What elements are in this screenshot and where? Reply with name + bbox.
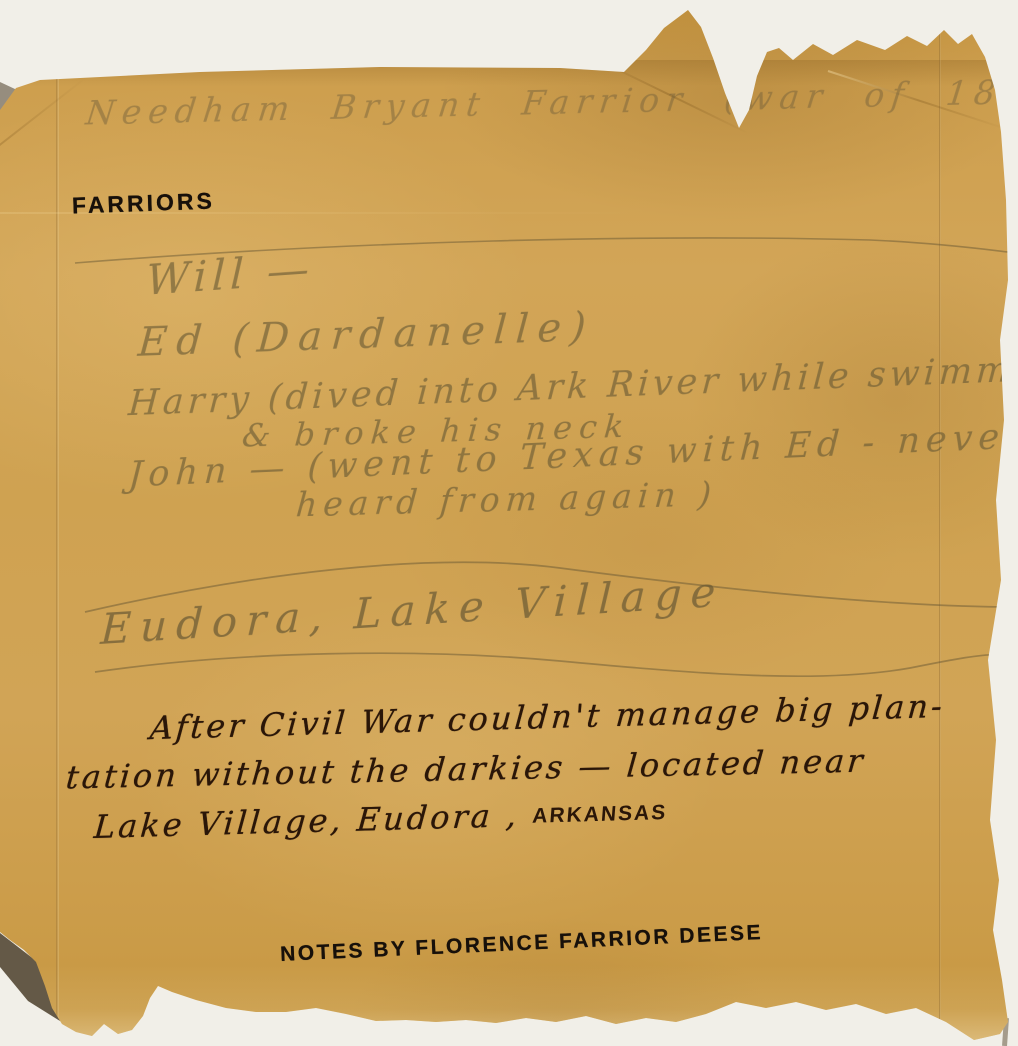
attribution-line: NOTES BY FLORENCE FARRIOR DEESE — [280, 921, 764, 967]
ink-note-line-3: Lake Village, Eudora , ARKANSAS — [93, 792, 669, 846]
diagonal-crease-top-left — [0, 76, 87, 151]
pencil-separator-lines — [0, 0, 1018, 1046]
son-will-line: Will — — [145, 244, 314, 305]
paper-bottom-edge-shading — [0, 965, 1018, 1045]
pencil-rule-below-places — [95, 653, 1002, 676]
son-ed-line: Ed (Dardanelle) — [137, 304, 597, 366]
scanned-note-page: Needham Bryant Farrior (war of 1812) FAR… — [0, 0, 1018, 1046]
family-name-label: FARRIORS — [72, 188, 216, 220]
places-pencil-line: Eudora, Lake Village — [100, 567, 726, 654]
ink-note-line-3-state-caps: ARKANSAS — [531, 801, 668, 828]
ink-note-line-3-script: Lake Village, Eudora , — [93, 796, 521, 846]
pencil-header-line: Needham Bryant Farrior (war of 1812) — [84, 71, 1018, 133]
vertical-fold-crease-left — [56, 75, 59, 1035]
vertical-fold-crease-right — [939, 28, 941, 1033]
ink-note-line-2: tation without the darkies — located nea… — [64, 742, 867, 797]
torn-paper-sheet: Needham Bryant Farrior (war of 1812) FAR… — [0, 0, 1018, 1046]
ink-note-line-1: After Civil War couldn't manage big plan… — [149, 687, 947, 747]
